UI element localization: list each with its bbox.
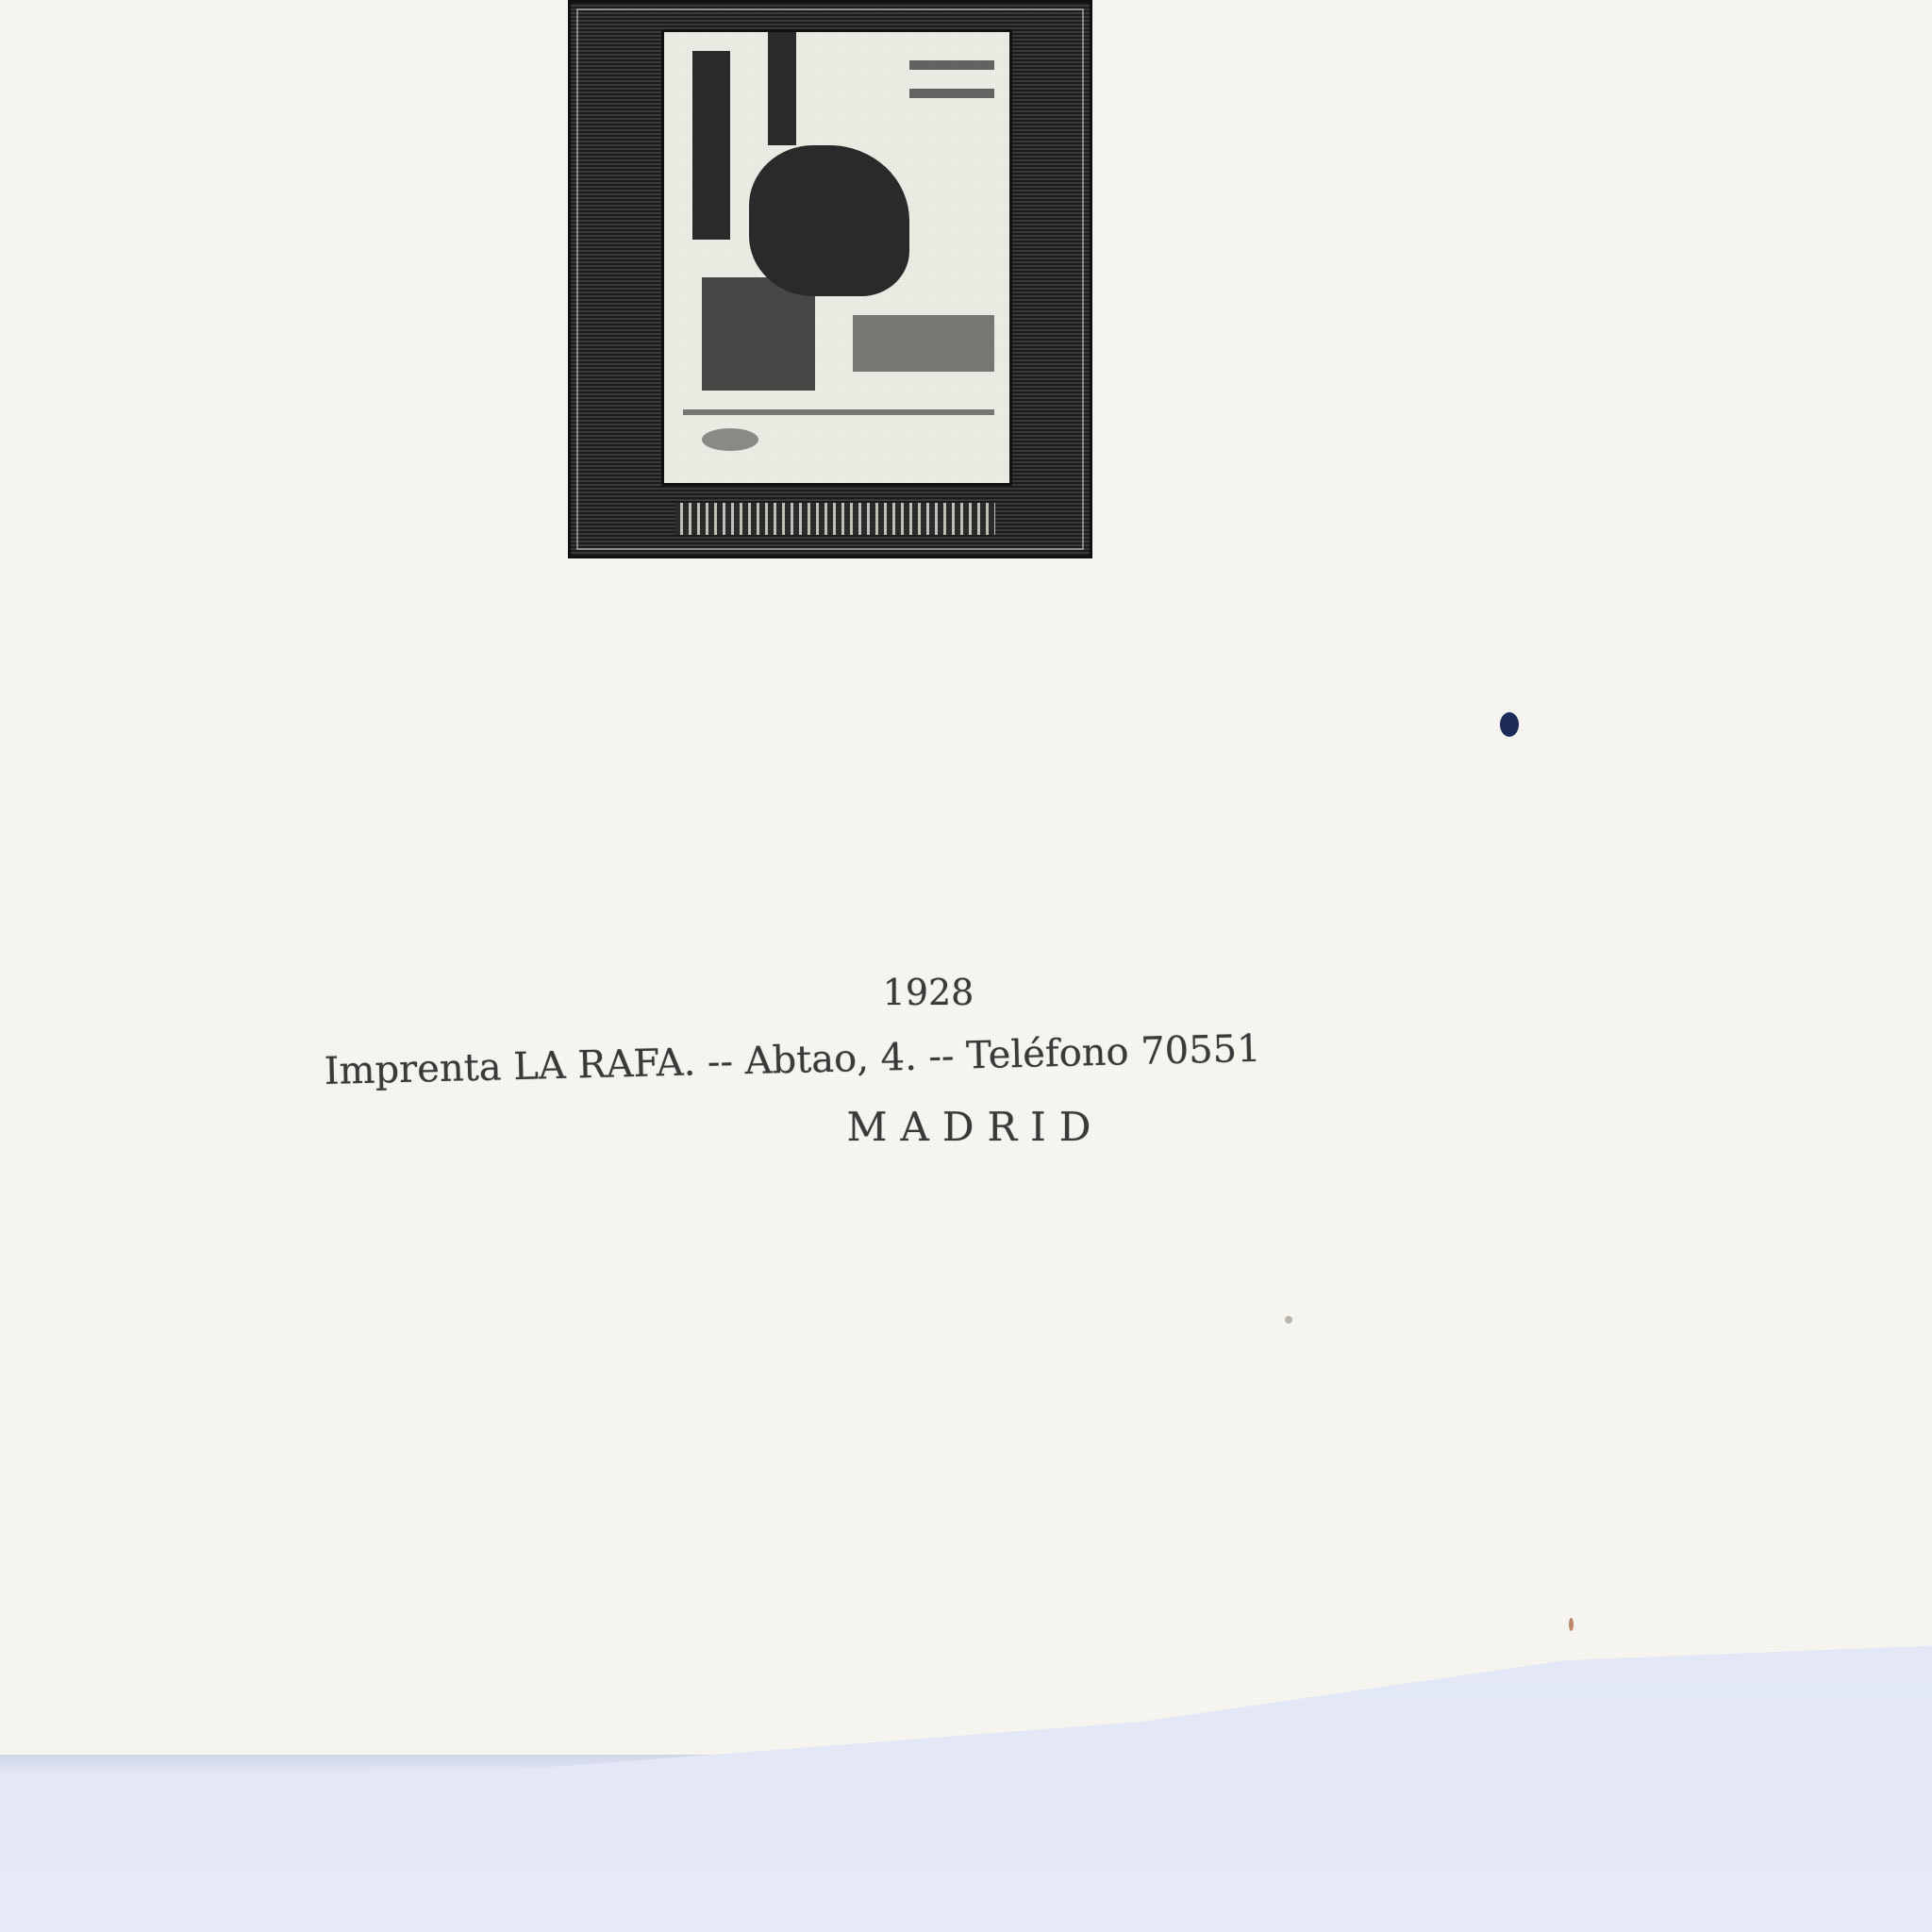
engraving-cartouche — [675, 503, 995, 535]
book-page: 1928 Imprenta LA RAFA. -- Abtao, 4. -- T… — [0, 0, 1932, 1755]
engraved-vignette — [568, 0, 1092, 558]
imprint-printer-line: Imprenta LA RAFA. -- Abtao, 4. -- Teléfo… — [170, 1024, 1416, 1097]
imprint-city: MADRID — [9, 1104, 1932, 1150]
paper-speck — [1569, 1618, 1574, 1631]
ink-spot — [1500, 712, 1519, 737]
paper-speck — [1285, 1316, 1292, 1324]
imprint-year: 1928 — [0, 972, 1894, 1013]
reading-scene-illustration — [661, 29, 1012, 486]
